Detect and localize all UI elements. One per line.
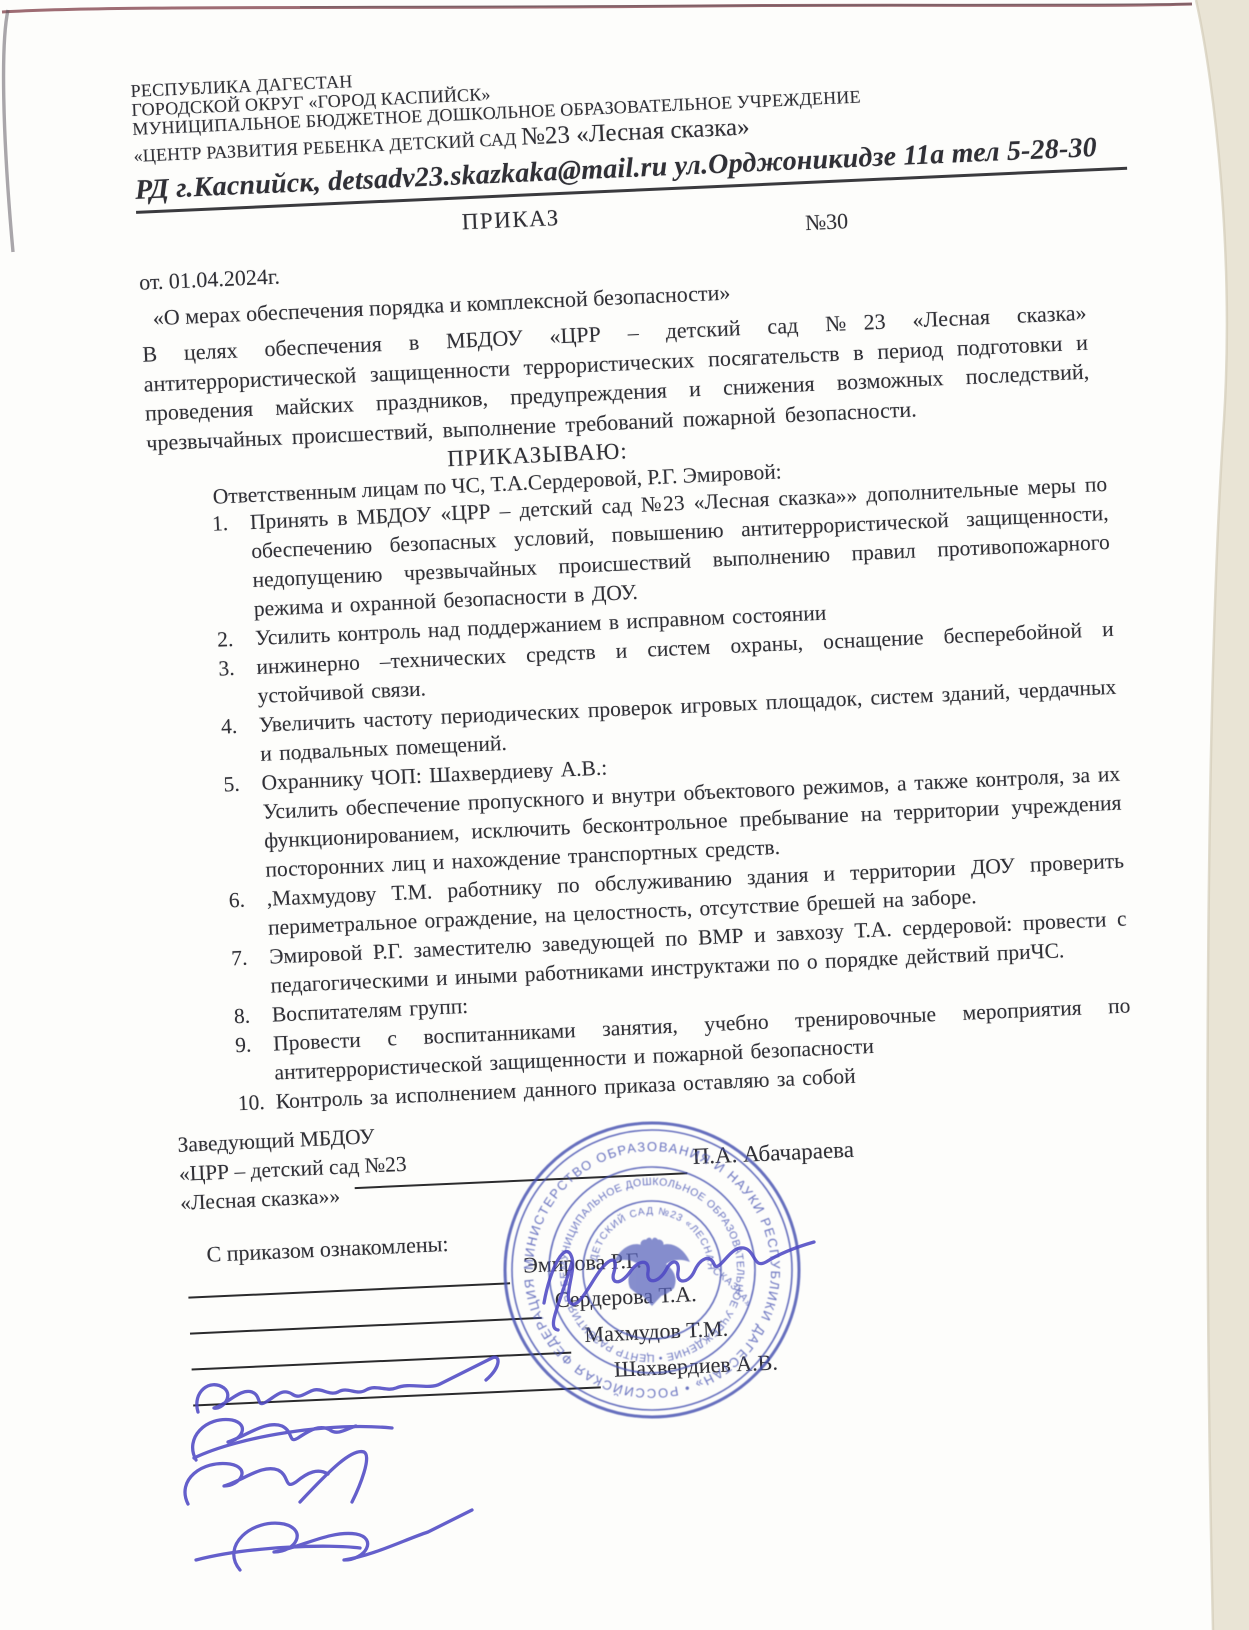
- signature-scribble-2: [194, 1427, 392, 1458]
- signature-scribble-3: [185, 1463, 328, 1504]
- head-signature-scribble: [544, 1242, 814, 1304]
- signature-scribble-3: [300, 1452, 367, 1502]
- signature-scribble-4: [234, 1510, 472, 1570]
- signature-scribble-1: [197, 1357, 498, 1412]
- signature-scribble-2: [193, 1420, 356, 1460]
- scanned-order-document: РЕСПУБЛИКА ДАГЕСТАН ГОРОДСКОЙ ОКРУГ «ГОР…: [0, 0, 1249, 1630]
- handwritten-signatures: [0, 0, 1249, 1630]
